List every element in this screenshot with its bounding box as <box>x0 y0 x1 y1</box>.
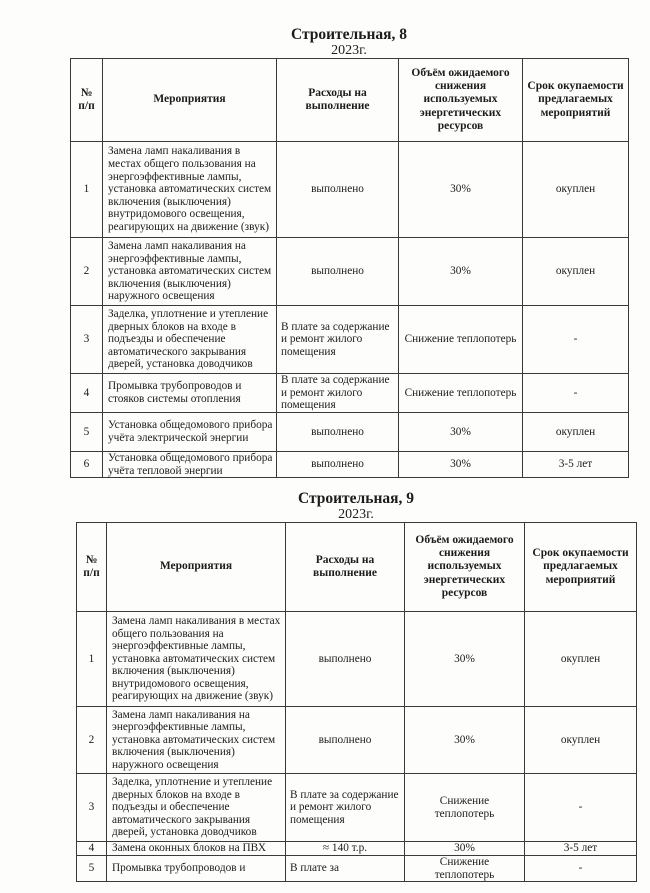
row-payback: окуплен <box>523 413 629 452</box>
table-row: 5 Установка общедомового прибора учёта э… <box>71 413 629 452</box>
row-measure: Промывка трубопроводов и <box>107 856 286 882</box>
table-row: 2 Замена ламп накаливания на энергоэффек… <box>77 707 637 774</box>
table-row: 3 Заделка, уплотнение и утепление дверны… <box>77 774 637 842</box>
row-payback: 3-5 лет <box>523 452 629 478</box>
header-num: № п/п <box>77 523 107 612</box>
table-row: 1 Замена ламп накаливания в местах общег… <box>71 142 629 238</box>
row-payback: окуплен <box>525 707 637 774</box>
row-payback: окуплен <box>523 142 629 238</box>
header-payback: Срок окупаемости предлагаемых мероприяти… <box>525 523 637 612</box>
row-measure: Замена ламп накаливания в местах общего … <box>107 612 286 707</box>
row-reduction: 30% <box>399 452 523 478</box>
row-reduction: 30% <box>399 238 523 306</box>
header-cost: Расходы на выполнение <box>277 59 399 142</box>
table-row: 4 Замена оконных блоков на ПВХ ≈ 140 т.р… <box>77 842 637 856</box>
row-cost: В плате за содержание и ремонт жилого по… <box>277 374 399 413</box>
row-cost: выполнено <box>277 452 399 478</box>
header-num: № п/п <box>71 59 103 142</box>
row-reduction: Снижение теплопотерь <box>399 306 523 374</box>
row-measure: Замена оконных блоков на ПВХ <box>107 842 286 856</box>
row-cost: выполнено <box>277 413 399 452</box>
header-reduction: Объём ожидаемого снижения используемых э… <box>405 523 525 612</box>
row-reduction: 30% <box>405 612 525 707</box>
row-payback: 3-5 лет <box>525 842 637 856</box>
row-num: 6 <box>71 452 103 478</box>
section-stroitelnaya-9: Строительная, 9 2023г. № п/п Мероприятия… <box>76 490 636 882</box>
header-reduction: Объём ожидаемого снижения используемых э… <box>399 59 523 142</box>
row-measure: Замена ламп накаливания на энергоэффекти… <box>107 707 286 774</box>
row-cost: В плате за содержание и ремонт жилого по… <box>286 774 405 842</box>
row-payback: - <box>523 374 629 413</box>
row-cost: В плате за содержание и ремонт жилого по… <box>277 306 399 374</box>
row-measure: Установка общедомового прибора учёта эле… <box>103 413 277 452</box>
row-cost: выполнено <box>286 707 405 774</box>
row-num: 3 <box>71 306 103 374</box>
header-cost: Расходы на выполнение <box>286 523 405 612</box>
row-measure: Замена ламп накаливания в местах общего … <box>103 142 277 238</box>
row-cost: выполнено <box>277 142 399 238</box>
section-title: Строительная, 8 <box>70 26 628 43</box>
table-header-row: № п/п Мероприятия Расходы на выполнение … <box>71 59 629 142</box>
row-cost: ≈ 140 т.р. <box>286 842 405 856</box>
section-stroitelnaya-8: Строительная, 8 2023г. № п/п Мероприятия… <box>70 26 628 478</box>
row-num: 4 <box>71 374 103 413</box>
row-cost: выполнено <box>286 612 405 707</box>
row-num: 2 <box>77 707 107 774</box>
row-reduction: 30% <box>405 842 525 856</box>
row-reduction: 30% <box>399 142 523 238</box>
row-num: 4 <box>77 842 107 856</box>
row-payback: - <box>525 774 637 842</box>
table-row: 1 Замена ламп накаливания в местах общег… <box>77 612 637 707</box>
row-payback: окуплен <box>523 238 629 306</box>
table-row: 6 Установка общедомового прибора учёта т… <box>71 452 629 478</box>
row-reduction: Снижение теплопотерь <box>399 374 523 413</box>
row-measure: Промывка трубопроводов и стояков системы… <box>103 374 277 413</box>
header-measures: Мероприятия <box>103 59 277 142</box>
table-row: 5 Промывка трубопроводов и В плате за Сн… <box>77 856 637 882</box>
row-payback: окуплен <box>525 612 637 707</box>
section-year: 2023г. <box>70 43 628 58</box>
row-measure: Замена ламп накаливания на энергоэффекти… <box>103 238 277 306</box>
row-num: 1 <box>77 612 107 707</box>
section-title: Строительная, 9 <box>76 490 636 507</box>
row-measure: Заделка, уплотнение и утепление дверных … <box>107 774 286 842</box>
row-reduction: Снижение теплопотерь <box>405 856 525 882</box>
row-cost: В плате за <box>286 856 405 882</box>
row-reduction: 30% <box>399 413 523 452</box>
row-reduction: 30% <box>405 707 525 774</box>
row-measure: Установка общедомового прибора учёта теп… <box>103 452 277 478</box>
table-row: 3 Заделка, уплотнение и утепление дверны… <box>71 306 629 374</box>
measures-table: № п/п Мероприятия Расходы на выполнение … <box>76 522 637 882</box>
header-payback: Срок окупаемости предлагаемых мероприяти… <box>523 59 629 142</box>
section-year: 2023г. <box>76 507 636 522</box>
row-payback: - <box>525 856 637 882</box>
table-row: 2 Замена ламп накаливания на энергоэффек… <box>71 238 629 306</box>
table-header-row: № п/п Мероприятия Расходы на выполнение … <box>77 523 637 612</box>
row-num: 3 <box>77 774 107 842</box>
row-num: 5 <box>71 413 103 452</box>
row-cost: выполнено <box>277 238 399 306</box>
row-num: 1 <box>71 142 103 238</box>
header-measures: Мероприятия <box>107 523 286 612</box>
measures-table: № п/п Мероприятия Расходы на выполнение … <box>70 58 629 478</box>
row-payback: - <box>523 306 629 374</box>
row-measure: Заделка, уплотнение и утепление дверных … <box>103 306 277 374</box>
row-num: 5 <box>77 856 107 882</box>
row-reduction: Снижение теплопотерь <box>405 774 525 842</box>
table-row: 4 Промывка трубопроводов и стояков систе… <box>71 374 629 413</box>
row-num: 2 <box>71 238 103 306</box>
